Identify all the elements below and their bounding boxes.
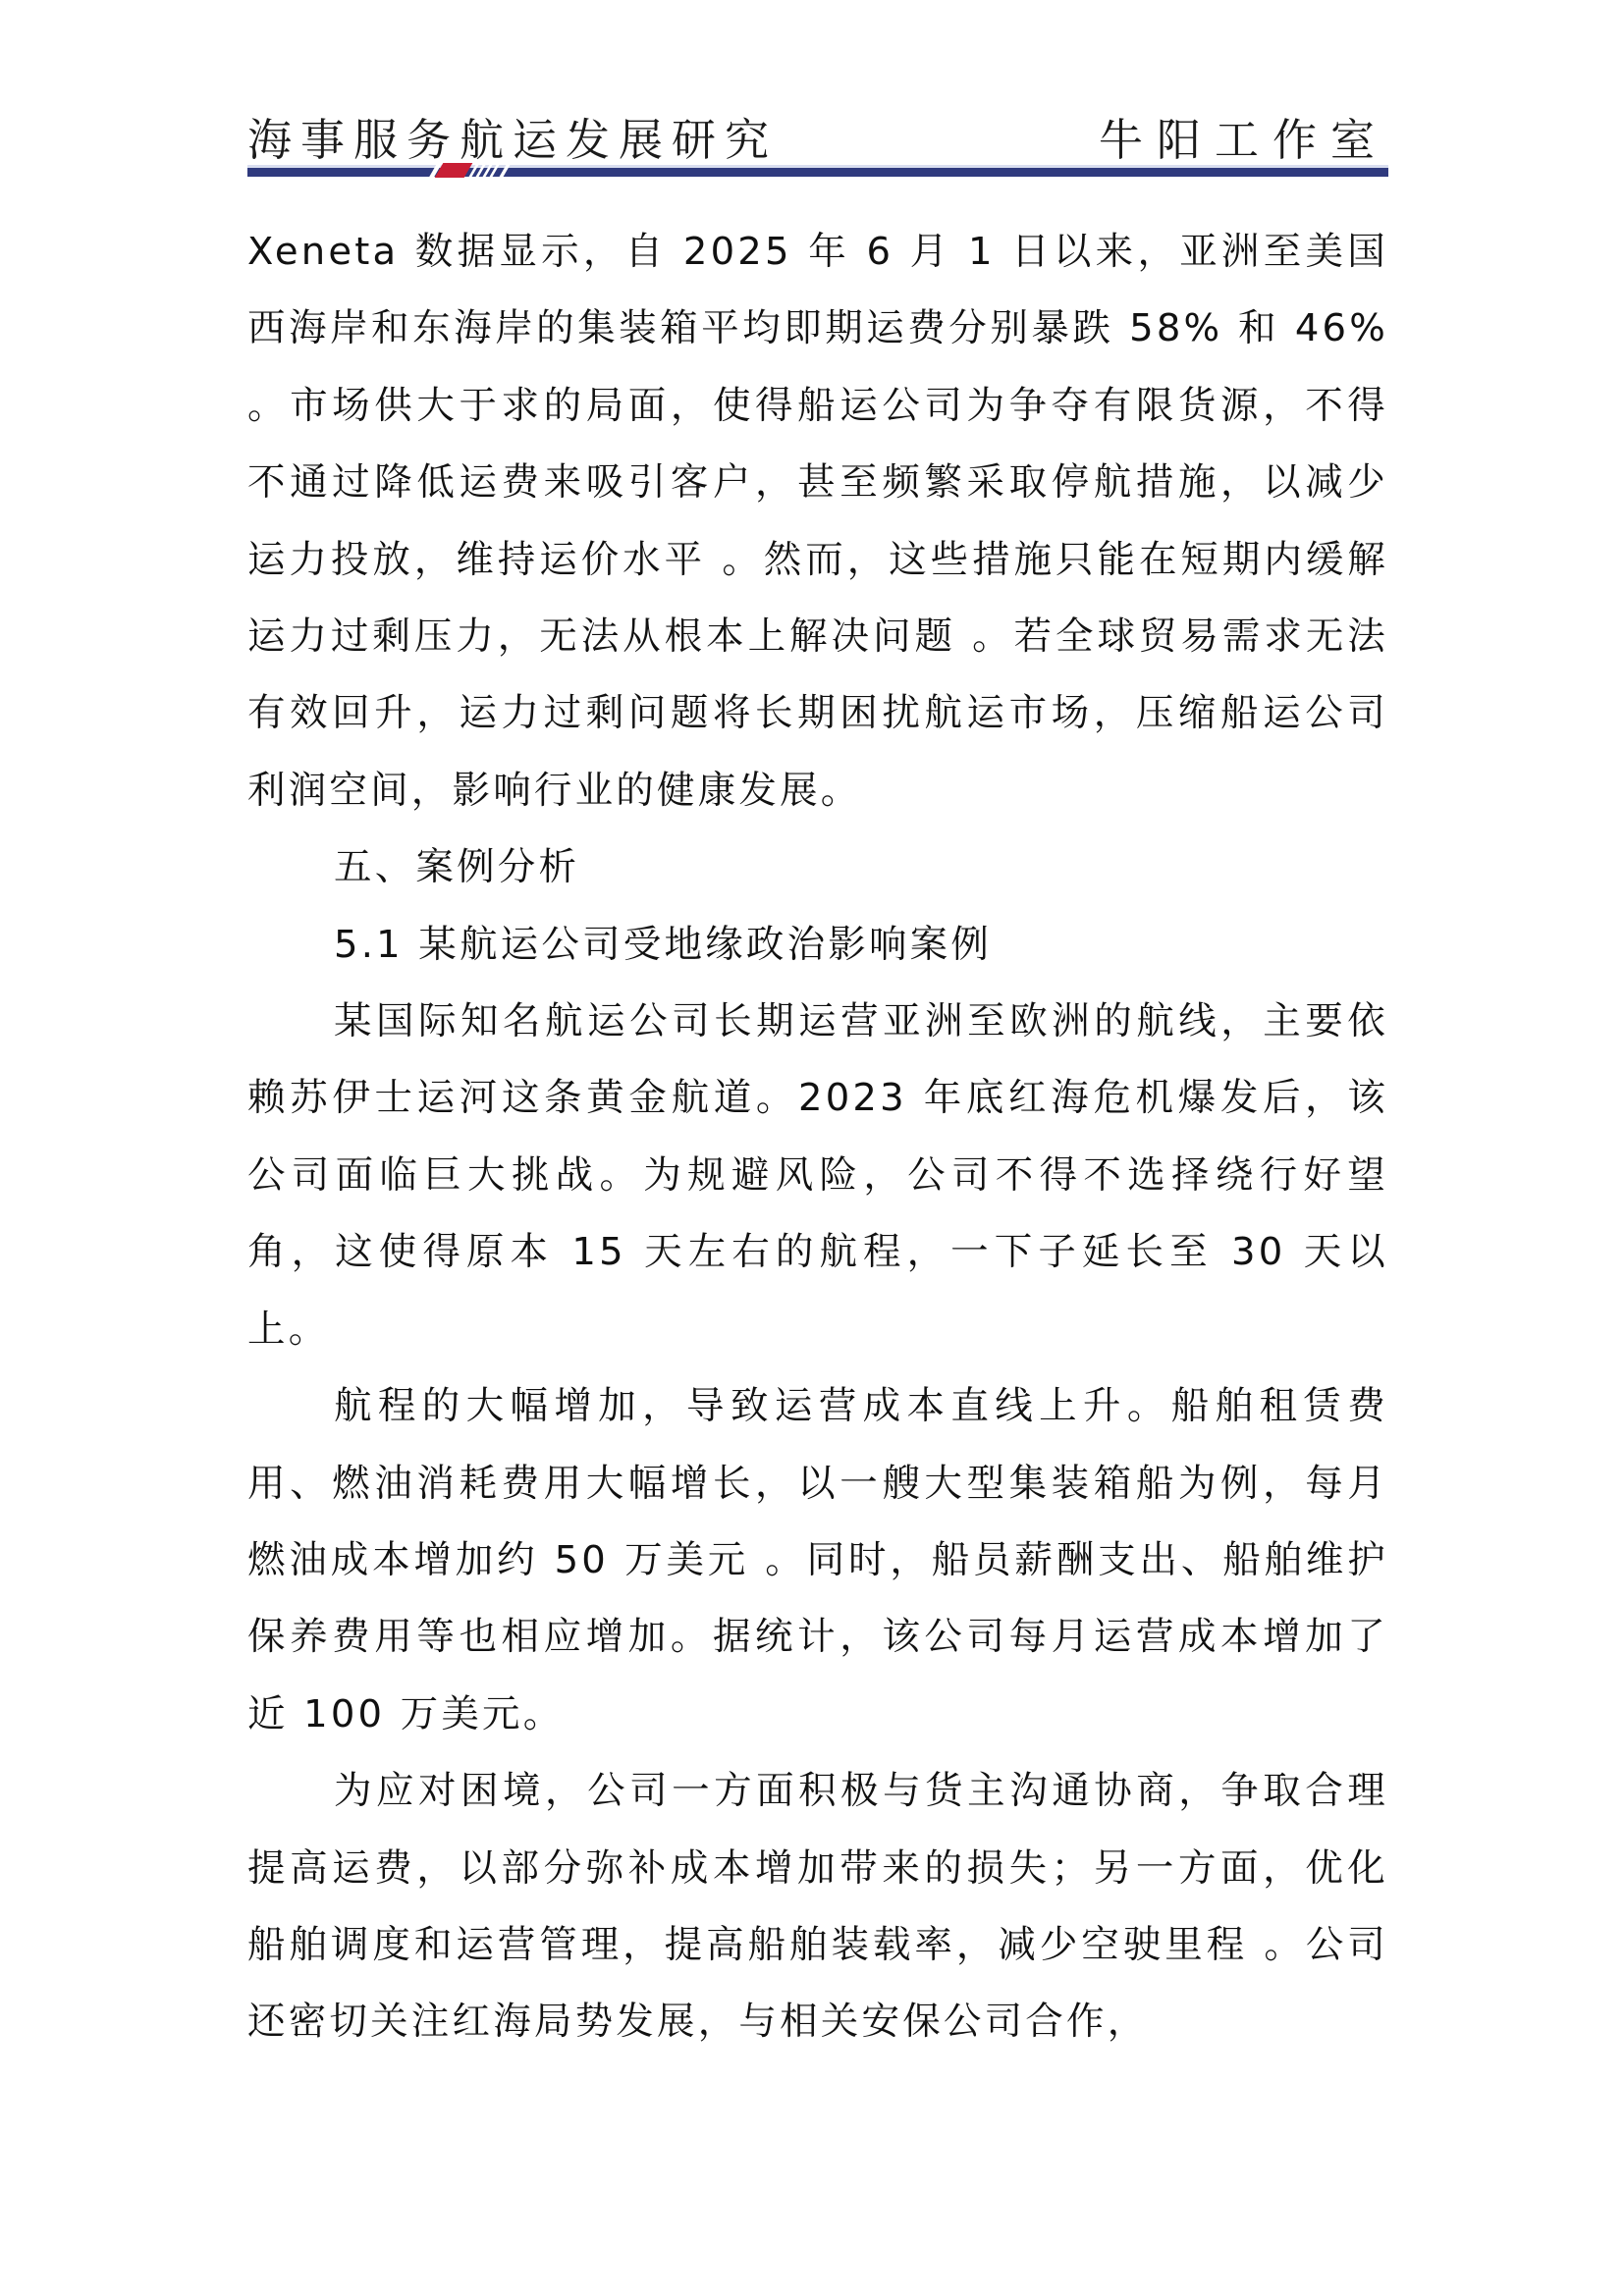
body-paragraph: 某国际知名航运公司长期运营亚洲至欧洲的航线，主要依赖苏伊士运河这条黄金航道。20… [247, 984, 1388, 1368]
body-paragraph: 航程的大幅增加，导致运营成本直线上升。船舶租赁费用、燃油消耗费用大幅增长，以一艘… [247, 1368, 1388, 1753]
header-title: 海事服务航运发展研究 [247, 104, 778, 168]
header-organization: 牛阳工作室 [1099, 104, 1388, 168]
header-rule [247, 168, 1388, 177]
body-paragraph: 为应对困境，公司一方面积极与货主沟通协商，争取合理提高运费，以部分弥补成本增加带… [247, 1753, 1388, 2061]
section-heading: 五、案例分析 [247, 829, 1388, 906]
document-page: 海事服务航运发展研究 牛阳工作室 Xeneta 数据显示，自 2025 年 6 … [0, 0, 1624, 2296]
page-header: 海事服务航运发展研究 牛阳工作室 [247, 98, 1388, 157]
body-paragraph: Xeneta 数据显示，自 2025 年 6 月 1 日以来，亚洲至美国西海岸和… [247, 214, 1388, 829]
document-body: Xeneta 数据显示，自 2025 年 6 月 1 日以来，亚洲至美国西海岸和… [247, 214, 1388, 2061]
subsection-heading: 5.1 某航运公司受地缘政治影响案例 [247, 907, 1388, 984]
